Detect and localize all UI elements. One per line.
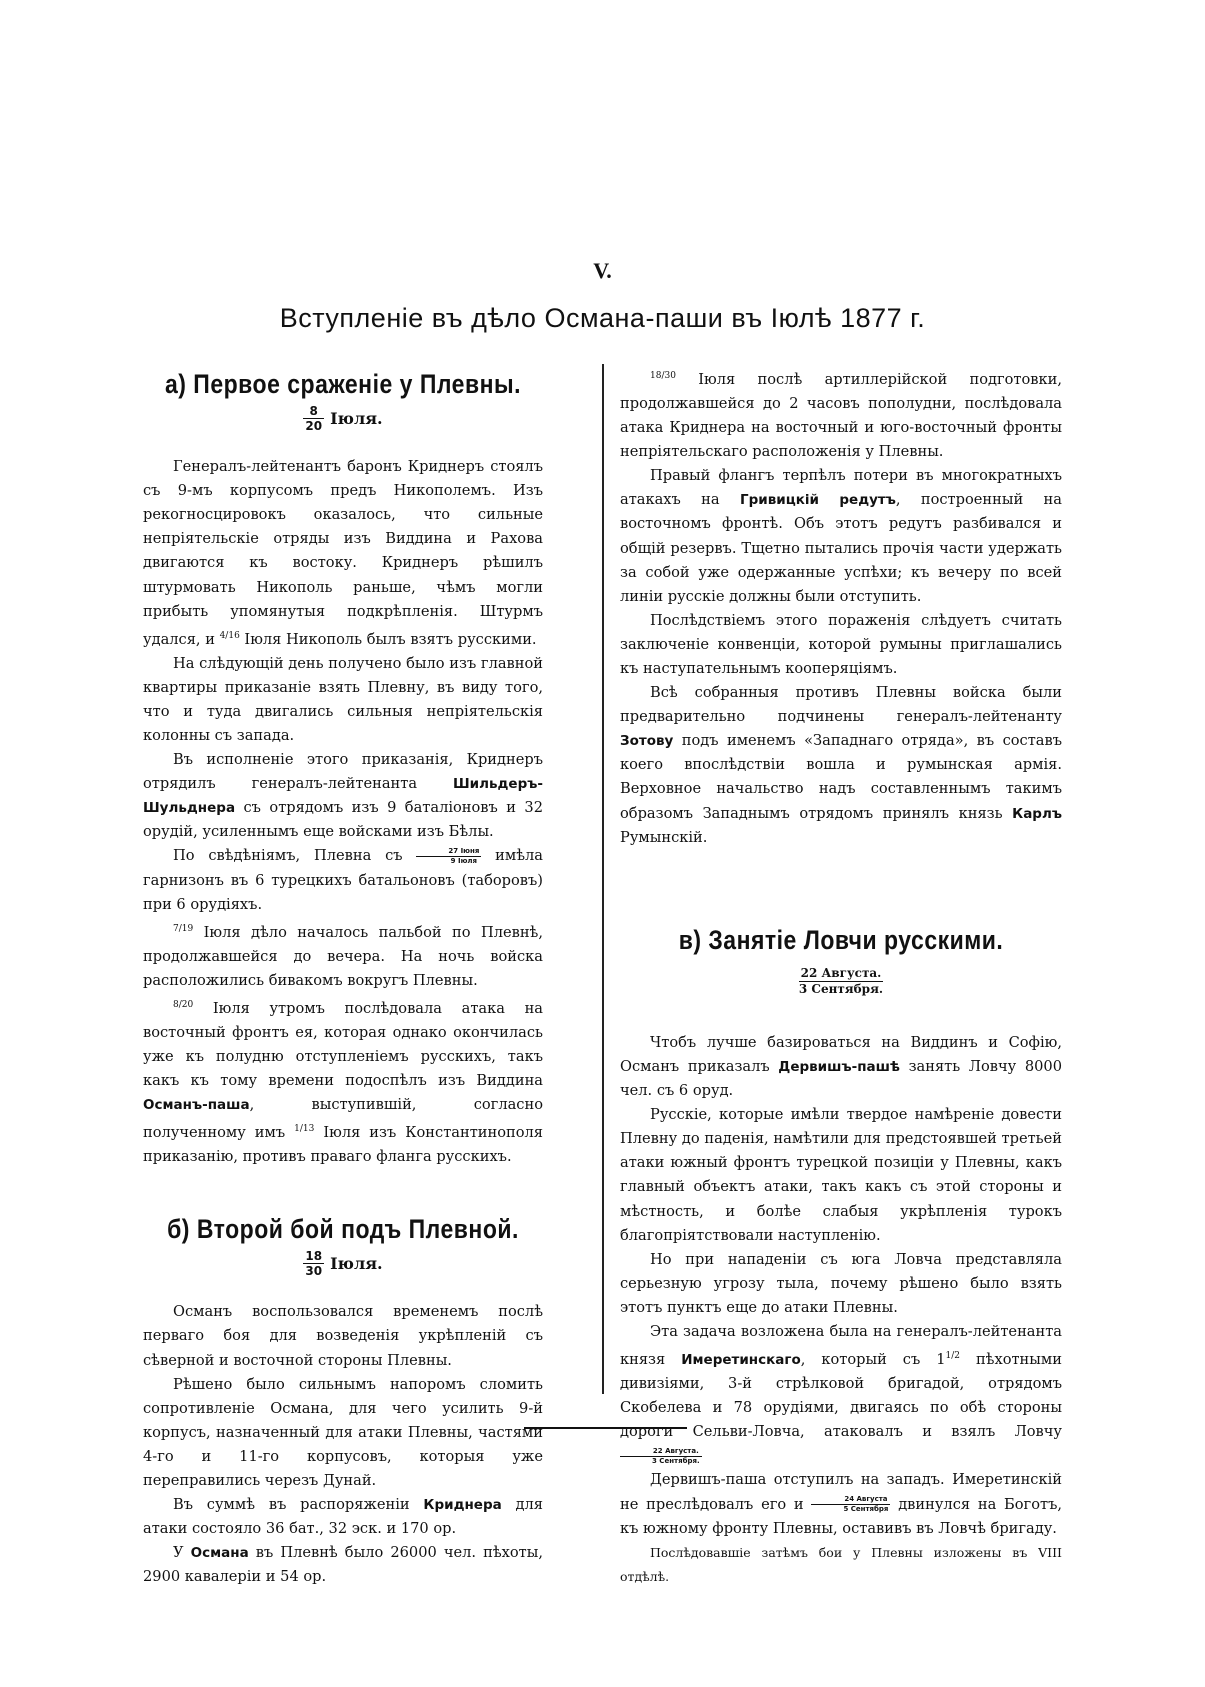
section-c-date: 22 Августа.3 Сентября. — [620, 966, 1062, 1001]
paragraph: Въ исполненіе этого приказанія, Криднеръ… — [143, 748, 543, 844]
paragraph: Но при нападеніи съ юга Ловча представля… — [620, 1248, 1062, 1320]
closing-rule — [524, 1427, 687, 1429]
paragraph: Послѣдствіемъ этого пораженія слѣдуетъ с… — [620, 609, 1062, 681]
paragraph: Дервишъ-паша отступилъ на западъ. Имерет… — [620, 1468, 1062, 1540]
section-c-title: в) Занятіе Ловчи русскими. — [620, 926, 1062, 954]
paragraph: По свѣдѣніямъ, Плевна съ 27 Іюня9 Іюля и… — [143, 844, 543, 916]
footnote: Послѣдовавшіе затѣмъ бои у Плевны изложе… — [620, 1541, 1062, 1589]
paragraph: Эта задача возложена была на генералъ-ле… — [620, 1320, 1062, 1468]
paragraph: Генералъ-лейтенантъ баронъ Криднеръ стоя… — [143, 455, 543, 652]
paragraph: На слѣдующій день получено было изъ глав… — [143, 652, 543, 748]
right-column: 18/30 Іюля послѣ артиллерійской подготов… — [620, 364, 1062, 1589]
paragraph: У Османа въ Плевнѣ было 26000 чел. пѣхот… — [143, 1541, 543, 1589]
paragraph: 18/30 Іюля послѣ артиллерійской подготов… — [620, 364, 1062, 464]
column-divider — [602, 364, 604, 1394]
section-b-title: б) Второй бой подъ Плевной. — [143, 1215, 543, 1243]
paragraph: Въ суммѣ въ распоряженіи Криднера для ат… — [143, 1493, 543, 1541]
section-a-date: 820Іюля. — [143, 404, 543, 433]
paragraph: 7/19 Іюля дѣло началось пальбой по Плевн… — [143, 917, 543, 993]
section-a-title: а) Первое сраженіе у Плевны. — [143, 370, 543, 398]
paragraph: Османъ воспользовался временемъ послѣ пе… — [143, 1300, 543, 1372]
paragraph: Всѣ собранныя противъ Плевны войска были… — [620, 681, 1062, 850]
paragraph: 8/20 Іюля утромъ послѣдовала атака на во… — [143, 993, 543, 1169]
paragraph: Русскіе, которые имѣли твердое намѣреніе… — [620, 1103, 1062, 1248]
paragraph: Правый флангъ терпѣлъ потери въ многокра… — [620, 464, 1062, 609]
page-title: Вступленіе въ дѣло Османа-паши въ Іюлѣ 1… — [0, 303, 1205, 334]
chapter-numeral: V. — [0, 258, 1205, 284]
left-column: а) Первое сраженіе у Плевны. 820Іюля. Ге… — [143, 370, 543, 1589]
paragraph: Рѣшено было сильнымъ напоромъ сломить со… — [143, 1373, 543, 1493]
paragraph: Чтобъ лучше базироваться на Виддинъ и Со… — [620, 1031, 1062, 1103]
section-b-date: 1830Іюля. — [143, 1249, 543, 1278]
